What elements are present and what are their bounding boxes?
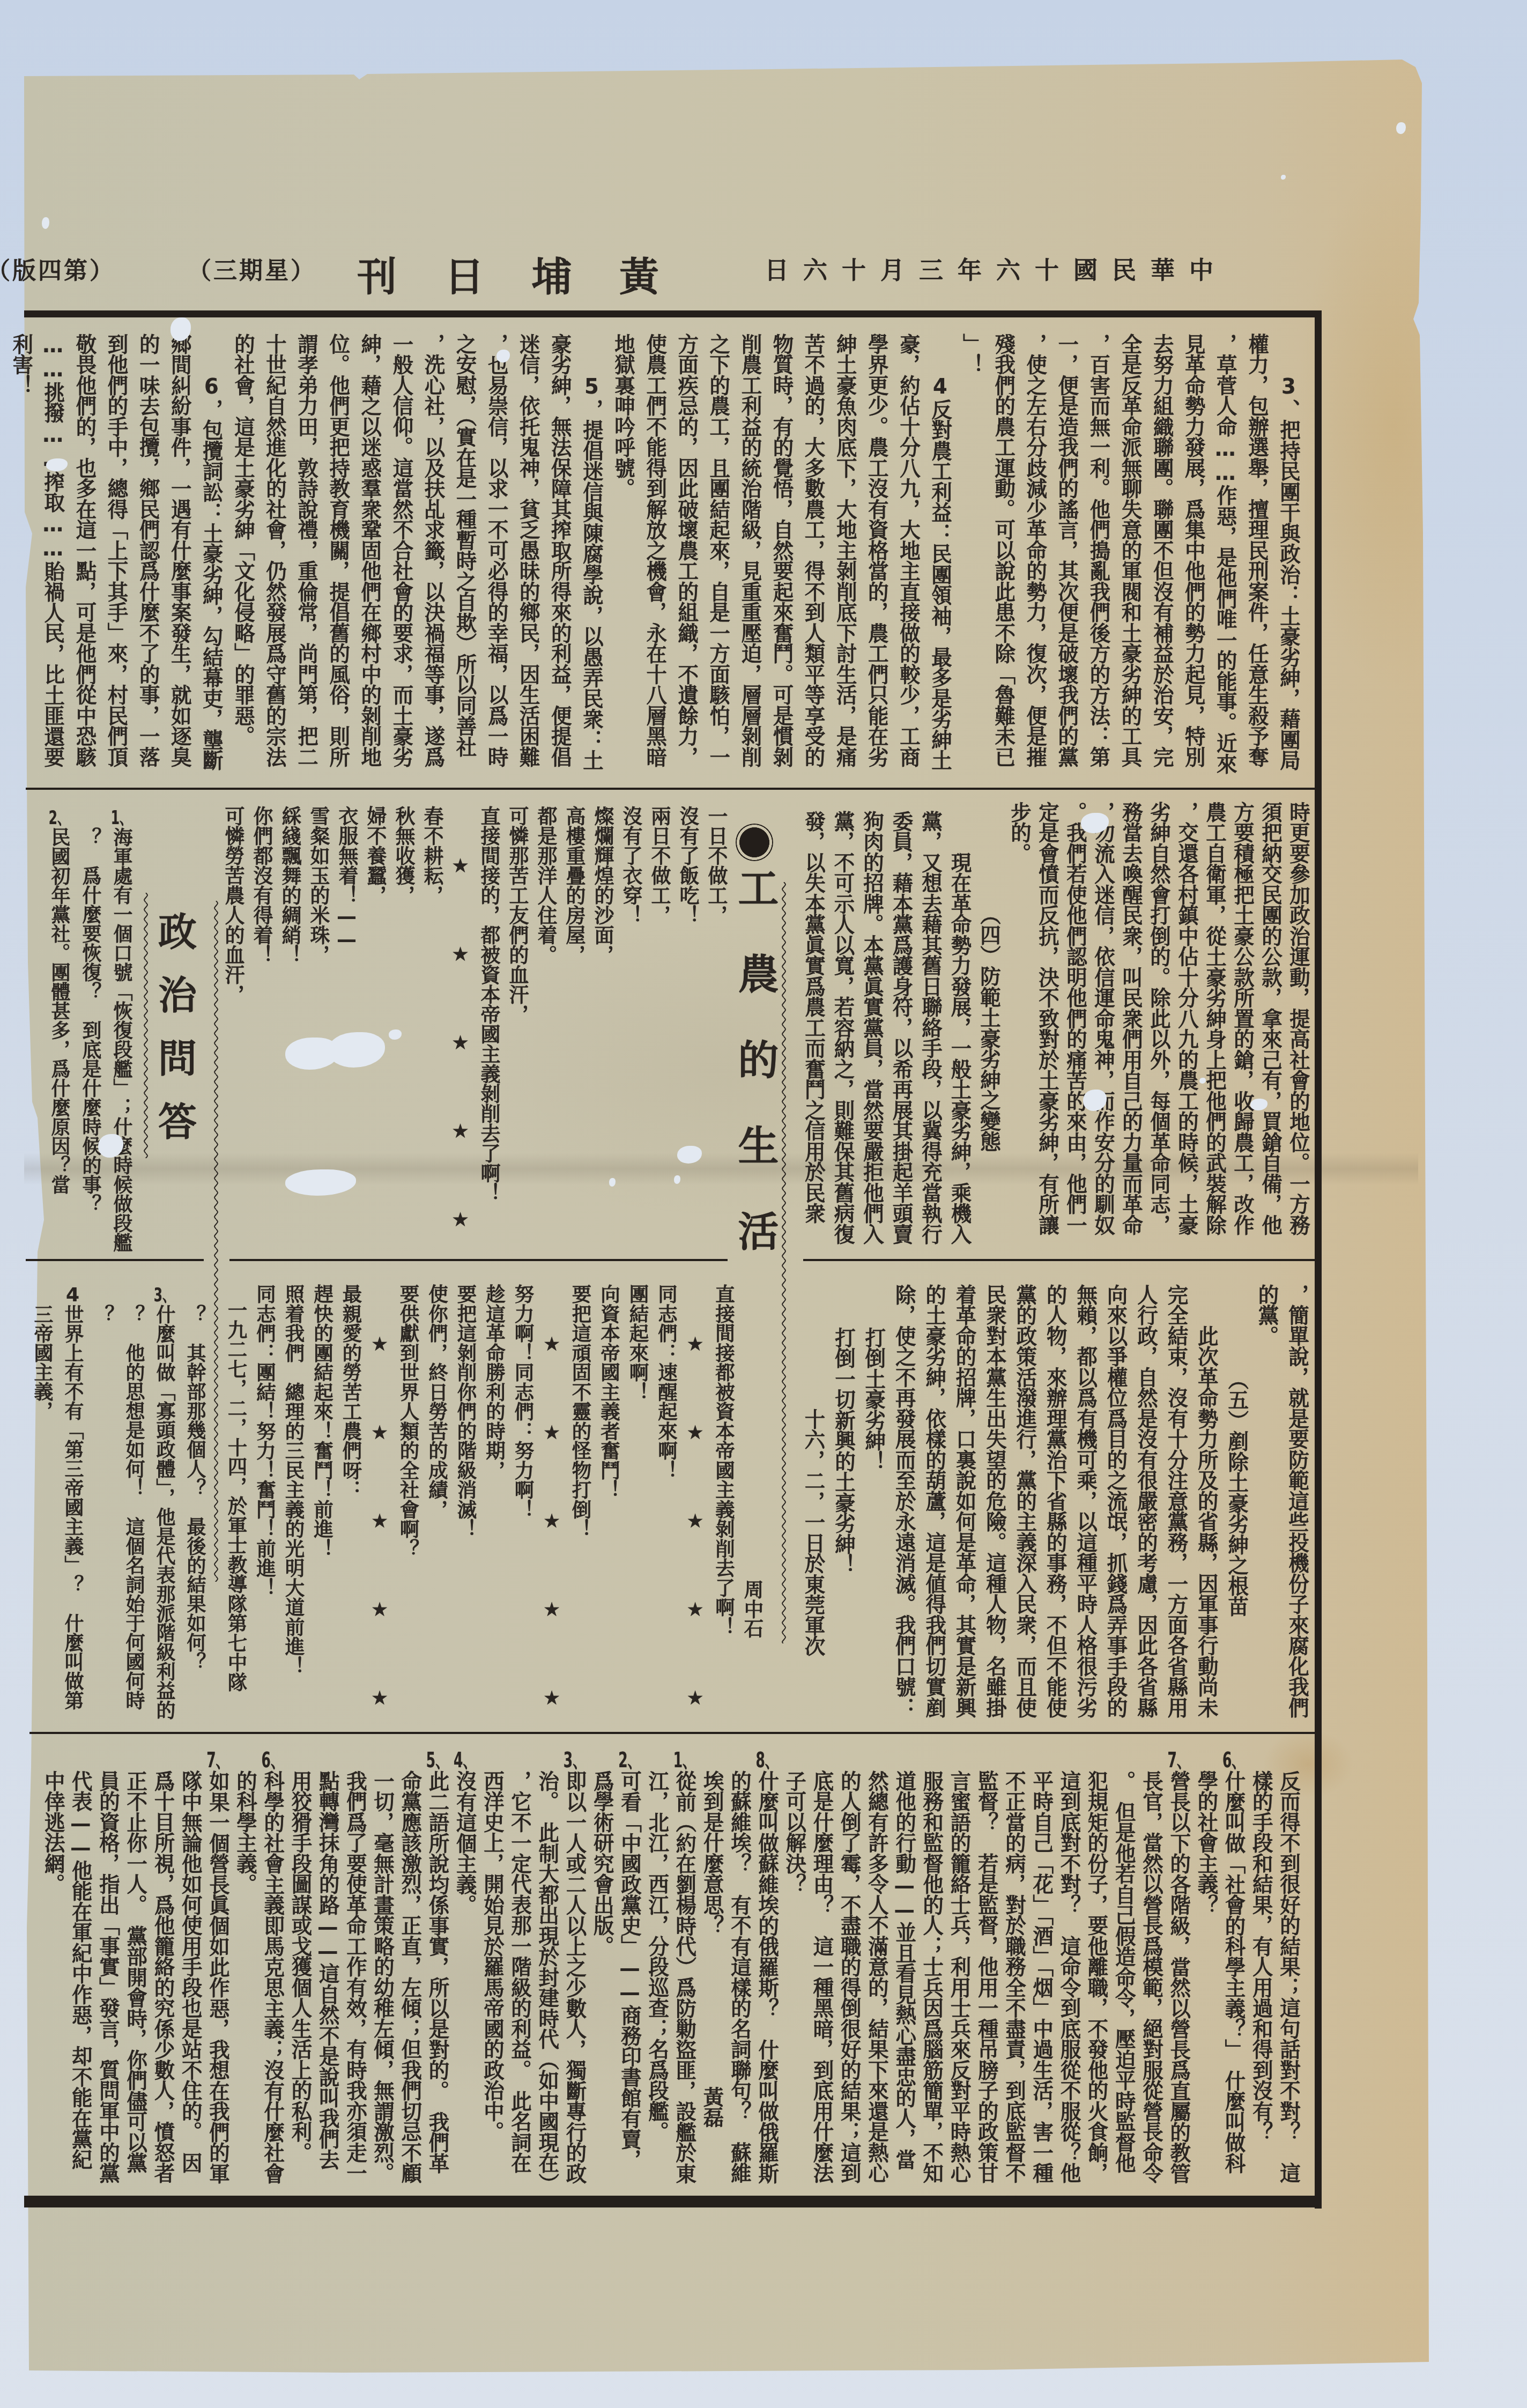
qa-question: 1、海軍處有一個口號「恢復段艦」；什麼時候做段艦？ 爲什麼要恢復？ 到底是什麼時… (75, 827, 137, 1254)
item-number: 1、 (110, 808, 132, 827)
star-divider-icon: ★★★★★ (446, 806, 475, 1251)
poem-line: 最親愛的勞苦工農們呀： (337, 1284, 366, 1727)
item-text: 民國初年黨社。團體甚多，爲什麼原因？當 (48, 827, 70, 1194)
qa-question: 7、營長以下的各階級，當然以營長爲直屬的教管長官，當然以營長爲模範，絕對服從營長… (781, 1770, 1192, 2188)
item-number: 8、 (755, 1750, 779, 1771)
poem-line: 要把這剝削你們的階級消滅！ (451, 1284, 480, 1727)
poem-line: 兩日不做工， (645, 806, 673, 1251)
item-text: 如果一個營長眞個如此作惡，我想在我們的軍隊中無論他如何使用手段也是站不住的。 因… (41, 1770, 230, 2183)
qa-questions-band3: ？ 其幹部那幾個人？ 最後的結果如何？3、什麼叫做「寡頭政體」，他是代表那派階級… (25, 1284, 210, 1728)
item-number: 7、 (206, 1750, 230, 1771)
qa-answer: 6、科學的社會主義即馬克思主義；沒有什麼社會的科學主義。 (232, 1770, 286, 2188)
qa-questions-band2: 1、海軍處有一個口號「恢復段艦」；什麼時候做段艦？ 爲什麼要恢復？ 到底是什麼時… (21, 807, 137, 1254)
article-paragraph: 5，提倡迷信與陳腐學說，以愚弄民衆：土豪劣紳，無法保障其搾取所得來的利益，便提倡… (227, 334, 607, 776)
section-4-prevent-tuhao: （四）防範土豪劣紳之變態 現在革命勢力發展，一般土豪劣紳，乘機入黨，又想去藉其舊… (798, 811, 1003, 1252)
article-paragraph: 4反對農工利益：民團領袖，最多是劣紳土豪，約佔十分八九，大地主直接做的較少，工商… (607, 334, 956, 776)
star-divider-icon: ★★★★★ (681, 1284, 710, 1727)
poem-line: 一日不做工， (702, 806, 730, 1251)
poem-line: 都是那洋人住着。 (531, 806, 560, 1251)
qa-question: 6、什麼叫做「社會的科學主義？」 什麼叫做科學的社會主義？ (1192, 1770, 1247, 2188)
item-text: 營長以下的各階級，當然以營長爲直屬的教管長官，當然以營長爲模範，絕對服從營長命令… (782, 1770, 1191, 2183)
band-divider (229, 1259, 728, 1261)
section-heading: （四）防範土豪劣紳之變態 (974, 811, 1004, 1252)
item-number: 3、 (563, 1750, 587, 1771)
poem-line: 沒有了飯吃！ (673, 806, 702, 1251)
poem-line: 要把這頑固不靈的怪物打倒！ (566, 1284, 595, 1727)
qa-band4: 反而得不到很好的結果；這句話對不對？ 這樣的手段和結果，有人用過和得到沒有？6、… (37, 1747, 1302, 2188)
qa-answer: 1、從前（約在劉楊時代）爲防勦盜匪，設艦於東江，北江，西江，分段巡查；名爲段艦。 (643, 1770, 698, 2188)
band-divider (26, 788, 1315, 790)
poem-line: 你們都沒有得着！ (247, 806, 276, 1251)
qa-question: 4世界上有不有「第三帝國主義」？ 什麼叫做第三帝國主義， (27, 1305, 88, 1728)
poem-line: 直接間接都被資本帝國主義剝削去了啊！ (709, 1284, 738, 1727)
item-text: 即以一人或二人以上之少數人，獨斷專行的政治。 此制大都出現於封建時代（如中國現在… (480, 1770, 587, 2183)
item-text: 海軍處有一個口號「恢復段艦」；什麼時候做段艦？ 爲什麼要恢復？ 到底是什麼時候的… (79, 827, 132, 1252)
qa-answer: 4、沒有這個主義。 (451, 1770, 479, 2188)
item-number: 4、 (453, 1750, 477, 1771)
poem-dateline: 一九二七，二，十四，於軍士教導隊第七中隊 (222, 1284, 251, 1727)
star-divider-icon: ★★★★★ (365, 1284, 394, 1727)
item-text: 沒有這個主義。 (453, 1770, 477, 1915)
item-number: 2、 (618, 1750, 642, 1771)
item-number: 3、 (153, 1285, 175, 1305)
masthead-rule (24, 310, 1322, 317)
article-paragraphs: 3、把持民團干與政治：土豪劣紳，藉團局權力，包辦選舉，擅理民刑案件，任意生殺予奪… (5, 334, 1304, 776)
qa-question: 反而得不到很好的結果；這句話對不對？ 這樣的手段和結果，有人用過和得到沒有？ (1248, 1770, 1302, 2188)
poem-part-2: 周中石 直接間接都被資本帝國主義剝削去了啊！★★★★★同志們：速醒起來啊！團結起… (220, 1284, 767, 1727)
item-text: 什麼叫做「寡頭政體」，他是代表那派階級利益的？ 他的思想是如何！ 這個名詞始于何… (92, 1305, 175, 1720)
poem-line: 可憐勞苦農人的血汗， (219, 806, 247, 1251)
item-number: 6、 (261, 1750, 285, 1771)
issue-date: 中華民國十六年三月十六日 (765, 258, 1228, 283)
item-number: 2、 (48, 808, 70, 827)
article-tuhao-continuation: 時更要參加政治運動，提高社會的地位。一方務須把納交民團的公款，拿來己有，買鎗自備… (1005, 802, 1312, 1249)
item-text: 可看「中國政黨史」——商務印書館有賣，爲學術研究會出版。 (590, 1770, 642, 2170)
band-divider (29, 1732, 1315, 1734)
item-text: 科學的社會主義即馬克思主義；沒有什麼社會的科學主義。 (233, 1770, 285, 2183)
qa-answer: 7、如果一個營長眞個如此作惡，我想在我們的軍隊中無論他如何使用手段也是站不住的。… (39, 1770, 231, 2188)
poem-line: 團結起來啊！ (624, 1284, 653, 1727)
poem-line: 直接間接的，都被資本帝國主義剝削去了啊！ (475, 806, 503, 1251)
weekday-label: （星期三） (188, 260, 316, 283)
band-divider (26, 1259, 204, 1261)
item-text: 世界上有不有「第三帝國主義」？ 什麼叫做第三帝國主義， (31, 1305, 84, 1710)
item-text: 什麼叫做「社會的科學主義？」 什麼叫做科學的社會主義？ (1194, 1770, 1246, 2173)
article-paragraphs: 時更要參加政治運動，提高社會的地位。一方務須把納交民團的公款，拿來己有，買鎗自備… (1005, 802, 1312, 1249)
qa-question: 3、什麼叫做「寡頭政體」，他是代表那派階級利益的？ 他的思想是如何！ 這個名詞始… (88, 1305, 180, 1728)
section-5-eradicate-tuhao: ，簡單說，就是要防範這些投機份子來腐化我們的黨。 （五）剷除土豪劣紳之根苗 此次… (795, 1284, 1312, 1725)
star-divider-icon: ★★★★★ (537, 1284, 566, 1727)
qa-question: ？ 其幹部那幾個人？ 最後的結果如何？ (180, 1305, 210, 1728)
page-frame-bottom-rule (24, 2196, 1322, 2207)
item-text: 此二語所說均係事實，所以是對的。 我們革命黨應該激烈，正直，左傾；但我們切忌不顧… (288, 1770, 449, 2183)
qa-question-list: 1、海軍處有一個口號「恢復段艦」；什麼時候做段艦？ 爲什麼要恢復？ 到底是什麼時… (43, 827, 137, 1254)
qa-answer: 3、即以一人或二人以上之少數人，獨斷專行的政治。 此制大都出現於封建時代（如中國… (479, 1770, 589, 2188)
section-4-closing: ，簡單說，就是要防範這些投機份子來腐化我們的黨。 (1251, 1284, 1312, 1725)
poem-line: 趁這革命勝利的時期， (480, 1284, 509, 1727)
poem-line: 趕快的團結起來！奮鬥！前進！ (308, 1284, 337, 1727)
item-number: 4 (62, 1285, 84, 1305)
wavy-divider-icon (780, 882, 788, 1643)
poem-line: 照着我們 總理的三民主義的光明大道前進！ (279, 1284, 308, 1727)
wavy-divider-icon (142, 893, 150, 1158)
poem-line: 高樓重疊的房屋， (560, 806, 588, 1251)
article-paragraph: 6，包攬詞訟：土豪劣紳，勾結幕吏，壟斷鄉間糾紛事件，一遇有什麼事案發生，就如逐臭… (5, 334, 227, 776)
section-heading: （五）剷除土豪劣紳之根苗 (1221, 1284, 1251, 1725)
slogan-list: 打倒土豪劣紳！打倒一切新興的土豪劣紳！ (828, 1284, 889, 1725)
poem-line: 同志們：團結！努力！奮鬥！前進！ (250, 1284, 279, 1727)
slogan: 打倒土豪劣紳！ (858, 1284, 888, 1725)
poem-author: 周中石 (738, 1284, 767, 1727)
page-frame-right-border (1315, 310, 1322, 2209)
qa-question-list: 反而得不到很好的結果；這句話對不對？ 這樣的手段和結果，有人用過和得到沒有？6、… (699, 1770, 1302, 2188)
poem-line: 秋無收獲， (389, 806, 418, 1251)
page-number-label: （第四版） (0, 260, 115, 283)
article-dateline: 十六，二，一日於東莞軍次 (798, 1284, 828, 1725)
qa-answer: 5、此二語所說均係事實，所以是對的。 我們革命黨應該激烈，正直，左傾；但我們切忌… (286, 1770, 451, 2188)
qa-answer: 2、可看「中國政黨史」——商務印書館有賣，爲學術研究會出版。 (589, 1770, 643, 2188)
qa-question-list: ？ 其幹部那幾個人？ 最後的結果如何？3、什麼叫做「寡頭政體」，他是代表那派階級… (27, 1305, 210, 1728)
qa-column-title: 政治問答 (154, 912, 195, 1165)
article-tuhao-band1: 3、把持民團干與政治：土豪劣紳，藉團局權力，包辦選舉，擅理民刑案件，任意生殺予奪… (31, 334, 1304, 776)
section-4-body: 現在革命勢力發展，一般土豪劣紳，乘機入黨，又想去藉其舊日聯絡手段，以冀得充當執行… (799, 811, 974, 1252)
article-paragraph: 3、把持民團干與政治：土豪劣紳，藉團局權力，包辦選舉，擅理民刑案件，任意生殺予奪… (956, 334, 1304, 776)
item-number: 5、 (426, 1750, 450, 1771)
qa-answer-list: 1、從前（約在劉楊時代）爲防勦盜匪，設艦於東江，北江，西江，分段巡查；名爲段艦。… (39, 1770, 698, 2188)
poem-line: 要供獻到世界人類的全社會啊？ (394, 1284, 423, 1727)
article-paragraph: 現在革命勢力發展，一般土豪劣紳，乘機入黨，又想去藉其舊日聯絡手段，以冀得充當執行… (799, 811, 974, 1252)
item-number: 7、 (1167, 1750, 1191, 1771)
poem-lines: 直接間接都被資本帝國主義剝削去了啊！★★★★★同志們：速醒起來啊！團結起來啊！向… (250, 1284, 738, 1727)
item-number: 1、 (672, 1750, 696, 1771)
poem-line: 婦不養蠶， (361, 806, 389, 1251)
poem-title: 工農的生活 (733, 867, 776, 1296)
band-divider (803, 1259, 1315, 1261)
article-paragraph: 此次革命勢力所及的省縣，因軍事行動尚未完全結束，沒有十分注意黨務，一方面各省縣用… (888, 1284, 1221, 1725)
poem-line: 沒有了衣穿！ (617, 806, 645, 1251)
poem-line: 向資本帝國主義者奮鬥！ (595, 1284, 624, 1727)
slogan: 打倒一切新興的土豪劣紳！ (828, 1284, 858, 1725)
poem-line: 努力啊！同志們：努力啊！ (509, 1284, 538, 1727)
poem-line: 可憐那苦工友們的血汗， (503, 806, 531, 1251)
poem-line: 使你們，終日勞苦的成績， (422, 1284, 451, 1727)
bullet-circle-icon (736, 824, 773, 861)
item-text: 從前（約在劉楊時代）爲防勦盜匪，設艦於東江，北江，西江，分段巡查；名爲段艦。 (645, 1770, 696, 2183)
poem-line: 同志們：速醒起來啊！ (652, 1284, 681, 1727)
section-5-body: 此次革命勢力所及的省縣，因軍事行動尚未完全結束，沒有十分注意黨務，一方面各省縣用… (888, 1284, 1221, 1725)
newspaper-title: 黃埔日刊 (357, 257, 707, 297)
item-number: 6、 (1222, 1750, 1246, 1771)
qa-question: 2、民國初年黨社。團體甚多，爲什麼原因？當 (43, 827, 75, 1254)
article-paragraph: 時更要參加政治運動，提高社會的地位。一方務須把納交民團的公款，拿來己有，買鎗自備… (1005, 802, 1312, 1249)
poem-line: 春不耕耘， (418, 806, 446, 1251)
